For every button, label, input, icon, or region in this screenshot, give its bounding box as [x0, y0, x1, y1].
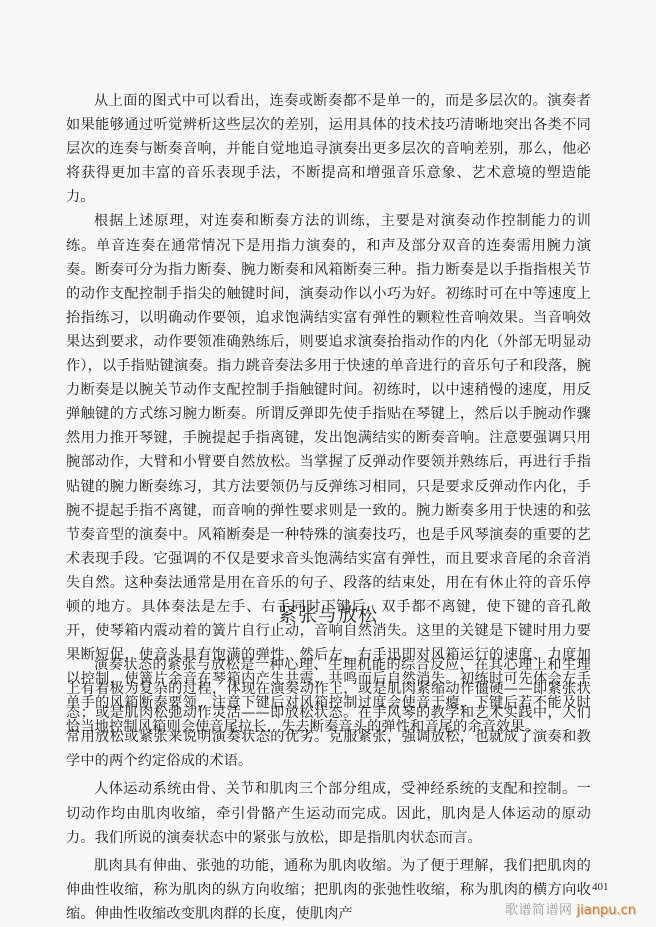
document-page: 从上面的图式中可以看出，连奏或断奏都不是单一的，而是多层次的。演奏者如果能够通过… — [0, 0, 656, 927]
watermark-chinese-text: 歌谱简谱网 — [505, 903, 573, 918]
paragraph: 从上面的图式中可以看出，连奏或断奏都不是单一的，而是多层次的。演奏者如果能够通过… — [66, 89, 591, 209]
paragraph: 人体运动系统由骨、关节和肌肉三个部分组成，受神经系统的支配和控制。一切动作均由肌… — [66, 777, 591, 849]
section-heading: 紧张与放松 — [0, 600, 656, 627]
paragraph: 演奏状态的紧张与放松是一种心理、生理机能的综合反应，在其心理上和生理上有着极为复… — [66, 653, 591, 773]
watermark: 歌谱简谱网jianpu.cn — [505, 899, 636, 918]
watermark-domain-text: jianpu.cn — [577, 903, 636, 918]
section-articulation-text: 从上面的图式中可以看出，连奏或断奏都不是单一的，而是多层次的。演奏者如果能够通过… — [66, 89, 591, 740]
section-tension-relaxation-text: 演奏状态的紧张与放松是一种心理、生理机能的综合反应，在其心理上和生理上有着极为复… — [66, 653, 591, 927]
page-number: 401 — [592, 881, 609, 893]
